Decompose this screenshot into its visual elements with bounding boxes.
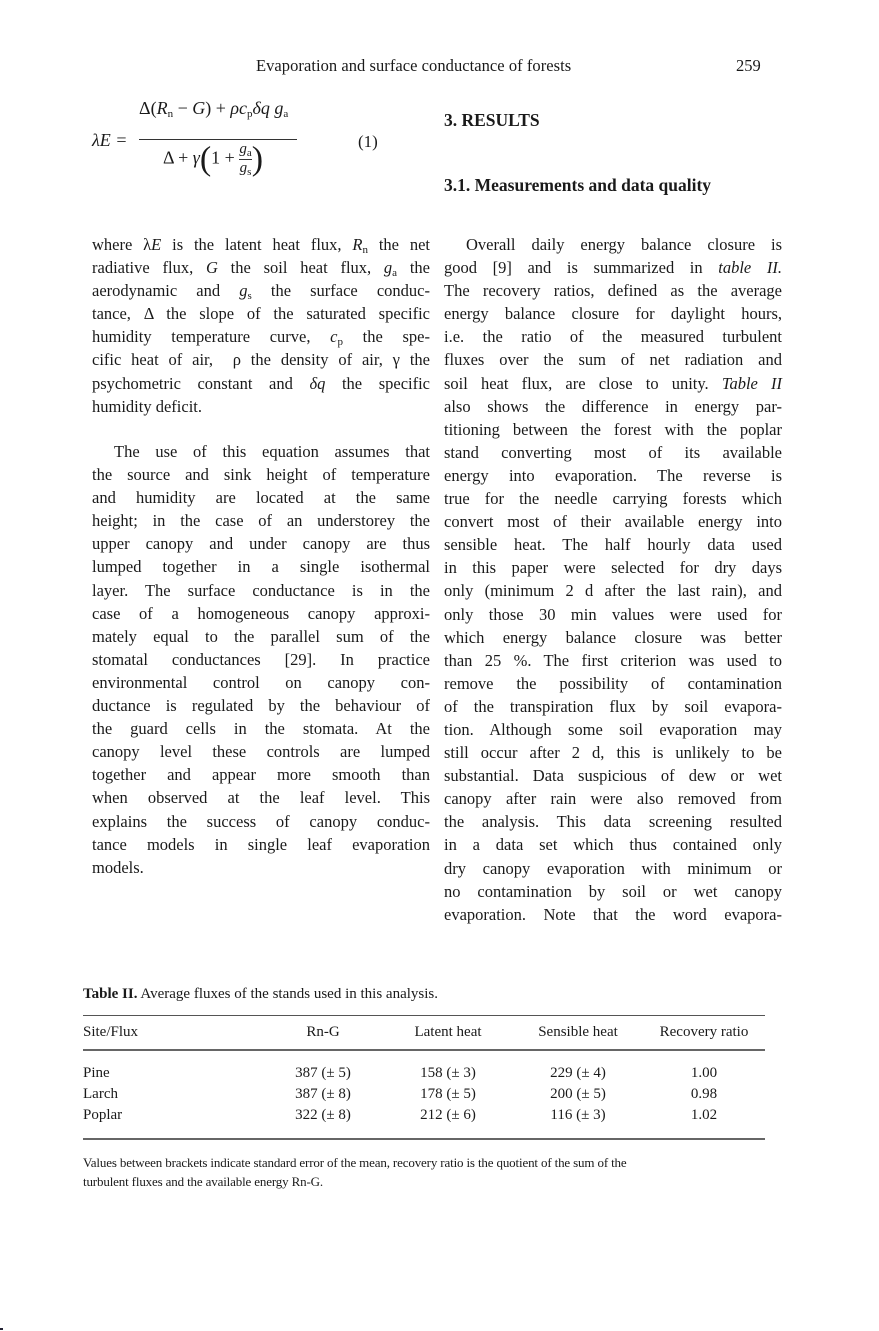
column-header-site: Site/Flux bbox=[83, 1016, 263, 1049]
text-line: in a data set which thus contained only bbox=[444, 833, 782, 856]
text-line: models. bbox=[92, 856, 430, 879]
text-line: the guard cells in the stomata. At the bbox=[92, 717, 430, 740]
text-line: stand converting most of its available bbox=[444, 441, 782, 464]
equation-number: (1) bbox=[358, 132, 378, 152]
text-line: The use of this equation assumes that bbox=[92, 440, 430, 463]
equation-lhs: λE = bbox=[92, 130, 127, 151]
equation-denominator: Δ + γ(1 + gags) bbox=[163, 142, 263, 177]
cell-sensible-heat: 116 (± 3) bbox=[513, 1105, 643, 1126]
cell-latent-heat: 178 (± 5) bbox=[383, 1084, 513, 1105]
text-line: Overall daily energy balance closure is bbox=[444, 233, 782, 256]
right-column-paragraph: Overall daily energy balance closure is … bbox=[444, 233, 782, 926]
table-row: Poplar 322 (± 8) 212 (± 6) 116 (± 3) 1.0… bbox=[83, 1105, 765, 1126]
text-line: together and appear more smooth than bbox=[92, 763, 430, 786]
text-line: cific heat of air, ρ the density of air,… bbox=[92, 348, 430, 371]
cell-latent-heat: 212 (± 6) bbox=[383, 1105, 513, 1126]
table-bottom-rule bbox=[83, 1138, 765, 1140]
text-line: no contamination by soil or wet canopy bbox=[444, 880, 782, 903]
text-line: tion. Although some soil evaporation may bbox=[444, 718, 782, 741]
text-line: layer. The surface conductance is in the bbox=[92, 579, 430, 602]
cell-site: Pine bbox=[83, 1063, 263, 1084]
text-line: stomatal conductances [29]. In practice bbox=[92, 648, 430, 671]
text-line: i.e. the ratio of the measured turbulent bbox=[444, 325, 782, 348]
flux-table-body: Pine 387 (± 5) 158 (± 3) 229 (± 4) 1.00 … bbox=[83, 1051, 765, 1138]
footnote-line: turbulent fluxes and the available energ… bbox=[83, 1172, 783, 1191]
text-line: The recovery ratios, defined as the aver… bbox=[444, 279, 782, 302]
text-line: environmental control on canopy con- bbox=[92, 671, 430, 694]
text-line: ductance is regulated by the behaviour o… bbox=[92, 694, 430, 717]
text-line: where λE is the latent heat flux, Rn the… bbox=[92, 233, 430, 256]
text-line: canopy level these controls are lumped bbox=[92, 740, 430, 763]
cell-rn-g: 387 (± 8) bbox=[263, 1084, 383, 1105]
text-line: upper canopy and under canopy are thus bbox=[92, 532, 430, 555]
cell-recovery-ratio: 0.98 bbox=[643, 1084, 765, 1105]
column-header-latent-heat: Latent heat bbox=[383, 1016, 513, 1049]
text-line: still occur after 2 d, this is unlikely … bbox=[444, 741, 782, 764]
scan-artifact bbox=[0, 1328, 3, 1330]
column-header-recovery-ratio: Recovery ratio bbox=[643, 1016, 765, 1049]
text-line: and humidity are located at the same bbox=[92, 486, 430, 509]
text-line: height; in the case of an understorey th… bbox=[92, 509, 430, 532]
text-line: the source and sink height of temperatur… bbox=[92, 463, 430, 486]
text-line: the analysis. This data screening result… bbox=[444, 810, 782, 833]
column-header-rn-g: Rn-G bbox=[263, 1016, 383, 1049]
footnote-line: Values between brackets indicate standar… bbox=[83, 1153, 783, 1172]
subsection-heading: 3.1. Measurements and data quality bbox=[444, 175, 711, 196]
cell-rn-g: 322 (± 8) bbox=[263, 1105, 383, 1126]
text-line: energy balance closure for daylight hour… bbox=[444, 302, 782, 325]
equation-1: λE = Δ(Rn − G) + ρcpδq ga Δ + γ(1 + gags… bbox=[92, 92, 432, 192]
text-line: explains the success of canopy conduc- bbox=[92, 810, 430, 833]
text-line: in this paper were selected for dry days bbox=[444, 556, 782, 579]
text-line: dry canopy evaporation with minimum or bbox=[444, 857, 782, 880]
table-row: Larch 387 (± 8) 178 (± 5) 200 (± 5) 0.98 bbox=[83, 1084, 765, 1105]
cell-recovery-ratio: 1.00 bbox=[643, 1063, 765, 1084]
text-line: sensible heat. The half hourly data used bbox=[444, 533, 782, 556]
text-line: substantial. Data suspicious of dew or w… bbox=[444, 764, 782, 787]
text-line: only those 30 min values were used for bbox=[444, 603, 782, 626]
text-line: aerodynamic and gs the surface conduc- bbox=[92, 279, 430, 302]
running-title: Evaporation and surface conductance of f… bbox=[256, 56, 571, 76]
left-column-paragraph-1: where λE is the latent heat flux, Rn the… bbox=[92, 233, 430, 418]
page-number: 259 bbox=[736, 56, 761, 76]
cell-latent-heat: 158 (± 3) bbox=[383, 1063, 513, 1084]
table-caption: Table II. Average fluxes of the stands u… bbox=[83, 986, 438, 1003]
text-line: than 25 %. The first criterion was used … bbox=[444, 649, 782, 672]
text-line: canopy after rain were also removed from bbox=[444, 787, 782, 810]
text-line: psychometric constant and δq the specifi… bbox=[92, 372, 430, 395]
text-line: of the transpiration flux by soil evapor… bbox=[444, 695, 782, 718]
equation-numerator: Δ(Rn − G) + ρcpδq ga bbox=[139, 98, 288, 119]
cell-sensible-heat: 200 (± 5) bbox=[513, 1084, 643, 1105]
text-line: convert most of their available energy i… bbox=[444, 510, 782, 533]
text-line: mately equal to the parallel sum of the bbox=[92, 625, 430, 648]
text-line: good [9] and is summarized in table II. bbox=[444, 256, 782, 279]
text-line: radiative flux, G the soil heat flux, ga… bbox=[92, 256, 430, 279]
text-line: when observed at the leaf level. This bbox=[92, 786, 430, 809]
flux-table: Site/Flux Rn-G Latent heat Sensible heat… bbox=[83, 1016, 765, 1049]
text-line: titioning between the forest with the po… bbox=[444, 418, 782, 441]
text-line: evaporation. Note that the word evapora- bbox=[444, 903, 782, 926]
table-header-row: Site/Flux Rn-G Latent heat Sensible heat… bbox=[83, 1016, 765, 1049]
text-line: case of a homogeneous canopy approxi- bbox=[92, 602, 430, 625]
table-row: Pine 387 (± 5) 158 (± 3) 229 (± 4) 1.00 bbox=[83, 1063, 765, 1084]
text-line: humidity deficit. bbox=[92, 395, 430, 418]
table-footnote: Values between brackets indicate standar… bbox=[83, 1153, 783, 1191]
text-line: remove the possibility of contamination bbox=[444, 672, 782, 695]
text-line: humidity temperature curve, cp the spe- bbox=[92, 325, 430, 348]
text-line: lumped together in a single isothermal bbox=[92, 555, 430, 578]
left-column-paragraph-2: The use of this equation assumes that th… bbox=[92, 440, 430, 879]
text-line: tance, Δ the slope of the saturated spec… bbox=[92, 302, 430, 325]
text-line: true for the needle carrying forests whi… bbox=[444, 487, 782, 510]
cell-rn-g: 387 (± 5) bbox=[263, 1063, 383, 1084]
text-line: fluxes over the sum of net radiation and bbox=[444, 348, 782, 371]
text-line: energy into evaporation. The reverse is bbox=[444, 464, 782, 487]
cell-site: Poplar bbox=[83, 1105, 263, 1126]
cell-site: Larch bbox=[83, 1084, 263, 1105]
text-line: also shows the difference in energy par- bbox=[444, 395, 782, 418]
cell-recovery-ratio: 1.02 bbox=[643, 1105, 765, 1126]
column-header-sensible-heat: Sensible heat bbox=[513, 1016, 643, 1049]
text-line: only (minimum 2 d after the last rain), … bbox=[444, 579, 782, 602]
fraction-bar bbox=[139, 139, 297, 140]
section-heading: 3. RESULTS bbox=[444, 110, 540, 131]
text-line: tance models in single leaf evaporation bbox=[92, 833, 430, 856]
text-line: soil heat flux, are close to unity. Tabl… bbox=[444, 372, 782, 395]
table-caption-text: Average fluxes of the stands used in thi… bbox=[137, 986, 438, 1002]
cell-sensible-heat: 229 (± 4) bbox=[513, 1063, 643, 1084]
table-caption-label: Table II. bbox=[83, 986, 137, 1002]
table-ii: Site/Flux Rn-G Latent heat Sensible heat… bbox=[83, 1015, 765, 1140]
text-line: which energy balance closure was better bbox=[444, 626, 782, 649]
